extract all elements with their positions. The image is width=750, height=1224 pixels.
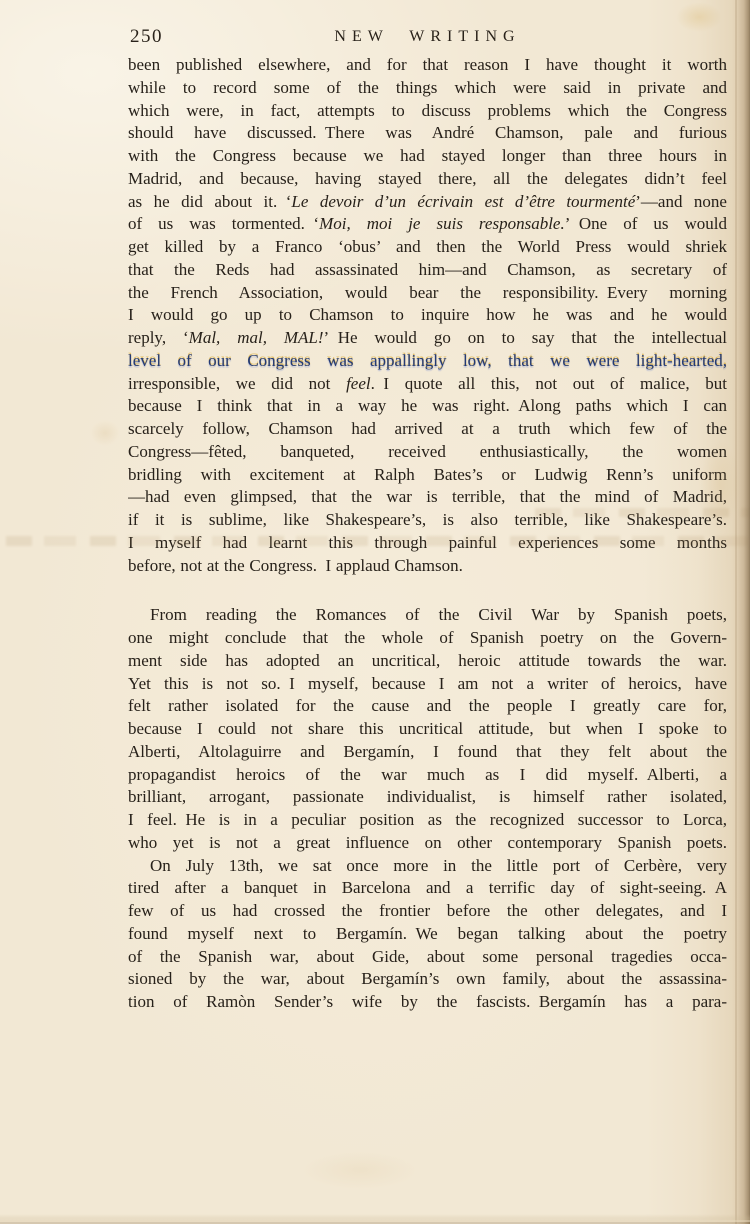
text-line: brilliant, arrogant, passionate individu…	[128, 786, 727, 809]
text-line: few of us had crossed the frontier befor…	[128, 900, 727, 923]
text-segment: found myself next to Bergamín. We began …	[128, 924, 727, 943]
text-line: Congress—fêted, banqueted, received enth…	[128, 441, 727, 464]
body-text: been published elsewhere, and for that r…	[128, 54, 727, 1014]
page-header: 250 NEW WRITING	[128, 26, 727, 52]
text-line: one might conclude that the whole of Spa…	[128, 627, 727, 650]
text-line: From reading the Romances of the Civil W…	[128, 604, 727, 627]
text-segment: with the Congress because we had stayed …	[128, 146, 727, 165]
text-line: propagandist heroics of the war much as …	[128, 764, 727, 787]
text-line: I feel. He is in a peculiar position as …	[128, 809, 727, 832]
text-segment: felt rather isolated for the cause and t…	[128, 696, 727, 715]
text-segment: before, not at the Congress. I applaud C…	[128, 556, 463, 575]
text-segment: I would go up to Chamson to inquire how …	[128, 305, 727, 324]
text-segment: bridling with excitement at Ralph Bates’…	[128, 465, 727, 484]
text-segment: because I think that in a way he was rig…	[128, 396, 727, 415]
text-segment: who yet is not a great influence on othe…	[128, 833, 727, 852]
text-segment: —had even glimpsed, that the war is terr…	[128, 487, 727, 506]
text-line: as he did about it. ‘Le devoir d’un écri…	[128, 191, 727, 214]
text-segment: sioned by the war, about Bergamín’s own …	[128, 969, 727, 988]
italic-text: Moi, moi je suis responsable.	[319, 214, 565, 233]
text-line: while to record some of the things which…	[128, 77, 727, 100]
text-segment: tion of Ramòn Sender’s wife by the fasci…	[128, 992, 727, 1011]
text-line: —had even glimpsed, that the war is terr…	[128, 486, 727, 509]
text-segment: of the Spanish war, about Gide, about so…	[128, 947, 727, 966]
text-segment: which were, in fact, attempts to discuss…	[128, 101, 727, 120]
text-line: sioned by the war, about Bergamín’s own …	[128, 968, 727, 991]
text-line: before, not at the Congress. I applaud C…	[128, 555, 727, 578]
paper-stain	[676, 2, 722, 32]
italic-text: Mal, mal, MAL!	[189, 328, 324, 347]
text-segment: On July 13th, we sat once more in the li…	[150, 856, 727, 875]
text-line: of the Spanish war, about Gide, about so…	[128, 946, 727, 969]
text-line: Alberti, Altolaguirre and Bergamín, I fo…	[128, 741, 727, 764]
text-segment: Alberti, Altolaguirre and Bergamín, I fo…	[128, 742, 727, 761]
text-line: been published elsewhere, and for that r…	[128, 54, 727, 77]
text-line: Madrid, and because, having stayed there…	[128, 168, 727, 191]
text-line: with the Congress because we had stayed …	[128, 145, 727, 168]
text-segment: I feel. He is in a peculiar position as …	[128, 810, 727, 829]
text-segment: . I quote all this, not out of malice, b…	[371, 374, 727, 393]
text-segment: because I could not share this uncritica…	[128, 719, 727, 738]
text-line: tired after a banquet in Barcelona and a…	[128, 877, 727, 900]
paper-stain	[90, 420, 120, 446]
text-line: the French Association, would bear the r…	[128, 282, 727, 305]
text-line: I would go up to Chamson to inquire how …	[128, 304, 727, 327]
text-line: I myself had learnt this through painful…	[128, 532, 727, 555]
text-segment: as he did about it. ‘	[128, 192, 291, 211]
text-segment: while to record some of the things which…	[128, 78, 727, 97]
text-segment: ’ One of us would	[565, 214, 727, 233]
text-line: scarcely follow, Chamson had arrived at …	[128, 418, 727, 441]
text-line: should have discussed. There was André C…	[128, 122, 727, 145]
text-segment: get killed by a Franco ‘obus’ and then t…	[128, 237, 727, 256]
text-line: level of our Congress was appallingly lo…	[128, 350, 727, 373]
text-line: felt rather isolated for the cause and t…	[128, 695, 727, 718]
text-segment: scarcely follow, Chamson had arrived at …	[128, 419, 727, 438]
running-head: NEW WRITING	[128, 28, 727, 46]
text-segment: should have discussed. There was André C…	[128, 123, 727, 142]
page-edge-right	[736, 0, 750, 1224]
text-line: ment side has adopted an uncritical, her…	[128, 650, 727, 673]
text-segment: I myself had learnt this through painful…	[128, 533, 727, 552]
text-segment: the French Association, would bear the r…	[128, 283, 727, 302]
text-segment: few of us had crossed the frontier befor…	[128, 901, 727, 920]
text-line: Yet this is not so. I myself, because I …	[128, 673, 727, 696]
text-segment: propagandist heroics of the war much as …	[128, 765, 727, 784]
text-segment: that the Reds had assassinated him—and C…	[128, 260, 727, 279]
text-segment: Yet this is not so. I myself, because I …	[128, 674, 727, 693]
text-segment: ’—and none	[635, 192, 727, 211]
text-segment: level of our Congress was appallingly lo…	[128, 351, 727, 370]
text-segment: one might conclude that the whole of Spa…	[128, 628, 727, 647]
italic-text: Le devoir d’un écrivain est d’être tourm…	[291, 192, 635, 211]
text-line: because I could not share this uncritica…	[128, 718, 727, 741]
text-segment: From reading the Romances of the Civil W…	[150, 605, 727, 624]
text-line: if it is sublime, like Shakespeare’s, is…	[128, 509, 727, 532]
text-segment: if it is sublime, like Shakespeare’s, is…	[128, 510, 727, 529]
paragraph: From reading the Romances of the Civil W…	[128, 604, 727, 854]
text-segment: tired after a banquet in Barcelona and a…	[128, 878, 727, 897]
italic-text: feel	[346, 374, 371, 393]
text-segment: ’ He would go on to say that the intelle…	[324, 328, 727, 347]
text-line: get killed by a Franco ‘obus’ and then t…	[128, 236, 727, 259]
text-segment: of us was tormented. ‘	[128, 214, 319, 233]
text-line: because I think that in a way he was rig…	[128, 395, 727, 418]
paper-stain	[700, 440, 740, 530]
text-segment: brilliant, arrogant, passionate individu…	[128, 787, 727, 806]
text-line: who yet is not a great influence on othe…	[128, 832, 727, 855]
text-segment: ment side has adopted an uncritical, her…	[128, 651, 727, 670]
text-line: reply, ‘Mal, mal, MAL!’ He would go on t…	[128, 327, 727, 350]
text-line: bridling with excitement at Ralph Bates’…	[128, 464, 727, 487]
text-line: which were, in fact, attempts to discuss…	[128, 100, 727, 123]
text-segment: reply, ‘	[128, 328, 189, 347]
text-segment: been published elsewhere, and for that r…	[128, 55, 727, 74]
text-line: that the Reds had assassinated him—and C…	[128, 259, 727, 282]
text-segment: Madrid, and because, having stayed there…	[128, 169, 727, 188]
page-edge-bottom	[0, 1214, 750, 1224]
paper-stain	[300, 1150, 420, 1190]
text-line: irresponsible, we did not feel. I quote …	[128, 373, 727, 396]
text-line: of us was tormented. ‘Moi, moi je suis r…	[128, 213, 727, 236]
text-line: found myself next to Bergamín. We began …	[128, 923, 727, 946]
text-segment: irresponsible, we did not	[128, 374, 346, 393]
text-line: tion of Ramòn Sender’s wife by the fasci…	[128, 991, 727, 1014]
paragraph: been published elsewhere, and for that r…	[128, 54, 727, 577]
book-page: 250 NEW WRITING been published elsewhere…	[0, 0, 750, 1224]
text-line: On July 13th, we sat once more in the li…	[128, 855, 727, 878]
paragraph: On July 13th, we sat once more in the li…	[128, 855, 727, 1014]
text-segment: Congress—fêted, banqueted, received enth…	[128, 442, 727, 461]
